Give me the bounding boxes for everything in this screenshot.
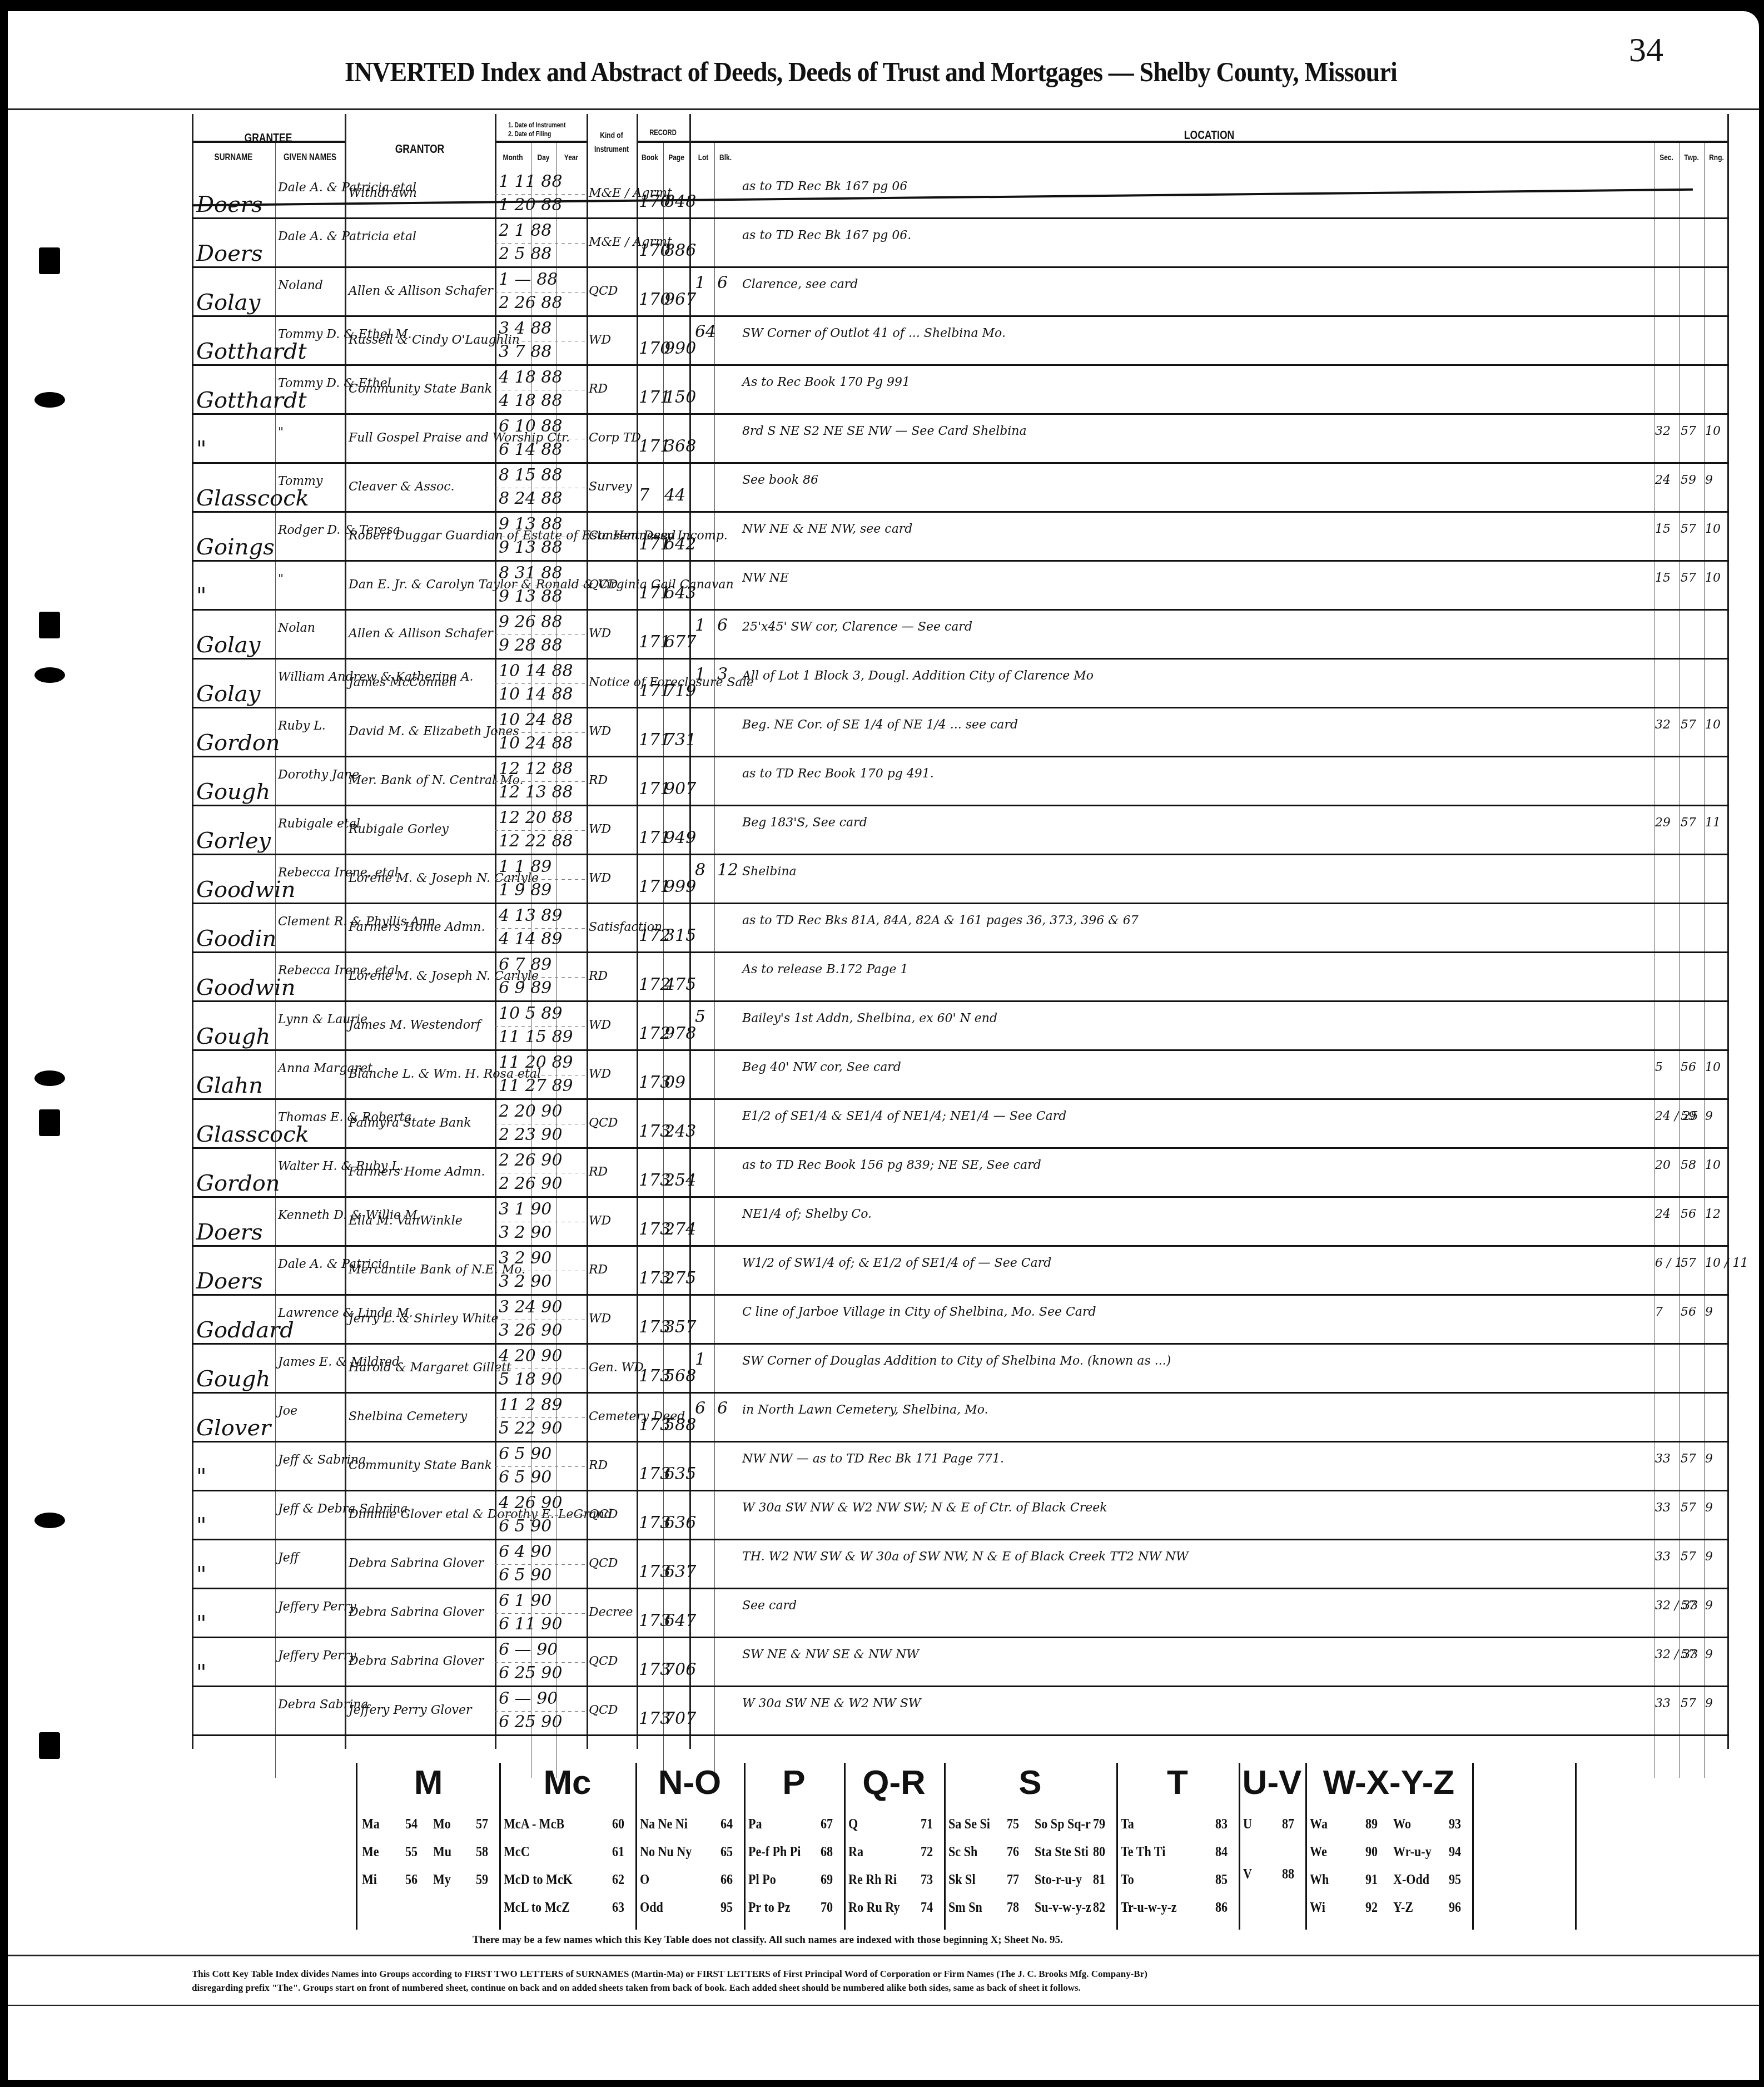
- date-of-instrument: 6 10 88: [499, 417, 563, 436]
- key-entry-label: Pe-f Ph Pi: [748, 1843, 801, 1860]
- key-entry-label: Ro Ru Ry: [848, 1899, 900, 1916]
- date-of-instrument: 3 4 88: [499, 319, 551, 338]
- location-description: as to TD Rec Bks 81A, 84A, 82A & 161 pag…: [742, 914, 1139, 928]
- date-of-instrument: 6 1 90: [499, 1591, 551, 1610]
- location-township: 57: [1681, 1599, 1696, 1613]
- key-entry-sheet-number: 93: [1449, 1816, 1461, 1832]
- location-range: 12: [1705, 1207, 1721, 1221]
- key-entry-label: Pl Po: [748, 1871, 776, 1888]
- table-row: GoddardLawrence & Linda M.Jerry L. & Shi…: [192, 1295, 1729, 1344]
- date-of-filing: 4 18 88: [499, 391, 563, 410]
- record-page: 568: [664, 1366, 696, 1386]
- header-sec: Sec.: [1657, 153, 1677, 162]
- date-of-filing: 12 22 88: [499, 831, 573, 851]
- grantee-given-names: Joe: [278, 1404, 297, 1418]
- location-range: 9: [1705, 1648, 1713, 1662]
- grantee-surname: Goodin: [196, 926, 276, 951]
- date-divider: [495, 341, 587, 341]
- location-description: as to TD Rec Bk 167 pg 06.: [742, 229, 911, 242]
- location-range: 10: [1705, 522, 1721, 536]
- header-instrument: Instrument: [592, 145, 632, 154]
- date-divider: [495, 1075, 587, 1075]
- location-description: as to TD Rec Book 170 pg 491.: [742, 767, 934, 781]
- date-of-filing: 2 5 88: [499, 244, 551, 264]
- date-of-instrument: 12 12 88: [499, 759, 573, 779]
- table-row: GoughDorothy JaneMer. Bank of N. Central…: [192, 757, 1729, 806]
- grantee-surname: Glahn: [196, 1073, 263, 1098]
- kind-of-instrument: QCD: [589, 1116, 618, 1130]
- header-day: Day: [534, 153, 554, 162]
- grantee-surname: ": [196, 583, 206, 609]
- location-block: 6: [717, 273, 728, 293]
- table-row: DoersDale A. & Patricia etalWithdrawn1 1…: [192, 170, 1729, 219]
- date-of-instrument: 6 — 90: [499, 1689, 558, 1708]
- key-group-letter: W-X-Y-Z: [1305, 1763, 1472, 1802]
- key-entry-sheet-number: 55: [405, 1843, 418, 1860]
- date-divider: [495, 1466, 587, 1467]
- record-page: 44: [664, 485, 685, 505]
- grantee-surname: ": [196, 1562, 206, 1588]
- date-of-filing: 11 15 89: [499, 1027, 573, 1047]
- key-entry-label: My: [433, 1871, 451, 1888]
- date-divider: [495, 683, 587, 684]
- date-of-filing: 5 22 90: [499, 1419, 563, 1438]
- date-divider: [495, 830, 587, 831]
- kind-of-instrument: RD: [589, 382, 608, 396]
- location-description: W1/2 of SW1/4 of; & E1/2 of SE1/4 of — S…: [742, 1256, 1051, 1270]
- key-entry-sheet-number: 60: [612, 1816, 624, 1832]
- record-page: 150: [664, 388, 696, 407]
- date-of-filing: 12 13 88: [499, 782, 573, 802]
- key-entry-label: No Nu Ny: [640, 1843, 692, 1860]
- key-group: N-ONa Ne Ni64No Nu Ny65O66Odd95: [635, 1763, 746, 1930]
- date-of-instrument: 2 1 88: [499, 221, 551, 240]
- footer-rule: [8, 2005, 1759, 2006]
- location-description: Clarence, see card: [742, 277, 858, 291]
- record-page: 243: [664, 1122, 696, 1141]
- key-entry-sheet-number: 96: [1449, 1899, 1461, 1916]
- location-range: 9: [1705, 1550, 1713, 1564]
- key-entry-label: Odd: [640, 1899, 663, 1916]
- record-page: 647: [664, 1611, 696, 1630]
- date-of-instrument: 6 7 89: [499, 955, 551, 974]
- grantee-given-names: Jeffery Perry: [278, 1649, 356, 1663]
- key-entry-sheet-number: 85: [1215, 1871, 1228, 1888]
- grantee-surname: Gotthardt: [196, 388, 307, 413]
- key-entry-label: Pr to Pz: [748, 1899, 791, 1916]
- key-entry-label: Sc Sh: [948, 1843, 977, 1860]
- date-of-instrument: 8 31 88: [499, 563, 563, 583]
- key-entry-sheet-number: 58: [476, 1843, 488, 1860]
- location-section: 20: [1655, 1158, 1671, 1172]
- key-group-letter: P: [744, 1763, 844, 1802]
- location-range: 10: [1705, 1158, 1721, 1172]
- date-divider: [495, 928, 587, 929]
- date-of-filing: 10 24 88: [499, 733, 573, 753]
- date-of-instrument: 6 — 90: [499, 1640, 558, 1659]
- record-page: 719: [664, 681, 696, 701]
- grantee-given-names: Jeffery Perry: [278, 1600, 356, 1614]
- key-entry-sheet-number: 77: [1007, 1871, 1019, 1888]
- record-page: 967: [664, 290, 696, 309]
- record-page: 677: [664, 632, 696, 652]
- date-divider: [495, 977, 587, 978]
- key-entry-label: McL to McZ: [504, 1899, 570, 1916]
- grantee-surname: Glasscock: [196, 485, 309, 511]
- location-description: All of Lot 1 Block 3, Dougl. Addition Ci…: [742, 669, 1094, 683]
- key-entry-label: Su-v-w-y-z: [1035, 1899, 1091, 1916]
- footer-line-2: disregarding prefix "The". Groups start …: [192, 1982, 1081, 1994]
- location-description: SW NE & NW SE & NW NW: [742, 1648, 919, 1662]
- kind-of-instrument: RD: [589, 774, 608, 787]
- date-of-filing: 6 25 90: [499, 1663, 563, 1683]
- header-year: Year: [559, 153, 584, 162]
- date-of-filing: 2 26 90: [499, 1174, 563, 1193]
- table-row: GordonWalter H. & Ruby L.Farmers Home Ad…: [192, 1148, 1729, 1197]
- grantee-surname: Glasscock: [196, 1122, 309, 1147]
- record-page: 886: [664, 241, 696, 260]
- key-entry-sheet-number: 63: [612, 1899, 624, 1916]
- kind-of-instrument: RD: [589, 1165, 608, 1179]
- kind-of-instrument: WD: [589, 1312, 611, 1326]
- table-row: GorleyRubigale etalRubigale Gorley12 20 …: [192, 806, 1729, 855]
- date-of-filing: 2 23 90: [499, 1125, 563, 1144]
- key-entry-label: Te Th Ti: [1121, 1843, 1165, 1860]
- record-page: 368: [664, 437, 696, 456]
- key-group: TTa83Te Th Ti84To85Tr-u-w-y-z86: [1116, 1763, 1240, 1930]
- kind-of-instrument: QCD: [589, 578, 618, 592]
- grantee-surname: ": [196, 1513, 206, 1539]
- date-of-instrument: 10 5 89: [499, 1004, 563, 1023]
- key-group: U-VU87V88: [1239, 1763, 1307, 1930]
- location-township: 57: [1681, 571, 1696, 585]
- kind-of-instrument: WD: [589, 725, 611, 738]
- table-row: "Jeffery PerryDebra Sabrina Glover6 1 90…: [192, 1589, 1729, 1638]
- grantee-given-names: Ruby L.: [278, 719, 326, 733]
- header-lot: Lot: [694, 153, 712, 162]
- key-entry-label: Sa Se Si: [948, 1816, 990, 1832]
- key-entry-label: O: [640, 1871, 649, 1888]
- location-description: E1/2 of SE1/4 & SE1/4 of NE1/4; NE1/4 — …: [742, 1109, 1066, 1123]
- location-range: 10: [1705, 718, 1721, 732]
- kind-of-instrument: WD: [589, 1018, 611, 1032]
- location-description: as to TD Rec Book 156 pg 839; NE SE, See…: [742, 1158, 1041, 1172]
- kind-of-instrument: WD: [589, 333, 611, 347]
- record-page: 254: [664, 1171, 696, 1190]
- key-entry-sheet-number: 66: [720, 1871, 733, 1888]
- location-description: 8rd S NE S2 NE SE NW — See Card Shelbina: [742, 424, 1027, 438]
- date-of-filing: 6 5 90: [499, 1516, 551, 1536]
- grantee-surname: Golay: [196, 681, 260, 707]
- date-of-filing: 10 14 88: [499, 685, 573, 704]
- date-divider: [495, 879, 587, 880]
- key-entry-sheet-number: 73: [921, 1871, 933, 1888]
- grantee-surname: Doers: [196, 241, 262, 266]
- key-entry-sheet-number: 72: [921, 1843, 933, 1860]
- location-description: Beg 40' NW cor, See card: [742, 1060, 901, 1074]
- location-description: NW NE: [742, 571, 789, 585]
- date-of-filing: 6 25 90: [499, 1712, 563, 1732]
- location-range: 9: [1705, 473, 1713, 487]
- grantor-name: Jeffery Perry Glover: [349, 1703, 472, 1717]
- table-row: GoodwinRebecca Irene, etalLorene M. & Jo…: [192, 953, 1729, 1002]
- location-range: 9: [1705, 1501, 1713, 1515]
- grantee-given-names: Nolan: [278, 621, 315, 635]
- key-entry-label: Wa: [1310, 1816, 1328, 1832]
- header-month: Month: [499, 153, 528, 162]
- grantor-name: Ella M. VanWinkle: [349, 1214, 463, 1228]
- date-of-filing: 11 27 89: [499, 1076, 573, 1095]
- date-divider: [495, 488, 587, 488]
- date-divider: [495, 537, 587, 537]
- kind-of-instrument: QCD: [589, 1508, 618, 1521]
- key-entry-sheet-number: 69: [821, 1871, 833, 1888]
- grantee-surname: Gordon: [196, 1171, 280, 1196]
- location-description: SW Corner of Douglas Addition to City of…: [742, 1354, 1171, 1368]
- date-divider: [495, 1124, 587, 1124]
- grantee-surname: Doers: [196, 1268, 262, 1294]
- location-section: 32: [1655, 718, 1671, 732]
- grantee-surname: Gotthardt: [196, 339, 307, 364]
- date-of-instrument: 8 15 88: [499, 465, 563, 485]
- date-of-instrument: 6 5 90: [499, 1444, 551, 1464]
- date-of-filing: 6 9 89: [499, 978, 551, 998]
- date-of-instrument: 1 — 88: [499, 270, 558, 289]
- header-kind: Kind of: [592, 131, 632, 140]
- key-entry-label: Wh: [1310, 1871, 1329, 1888]
- key-entry-label: McA - McB: [504, 1816, 564, 1832]
- date-divider: [495, 1369, 587, 1369]
- date-of-filing: 3 26 90: [499, 1321, 563, 1340]
- header-twp: Twp.: [1682, 153, 1702, 162]
- key-entry-sheet-number: 57: [476, 1816, 488, 1832]
- table-row: "Jeffery PerryDebra Sabrina Glover6 — 90…: [192, 1638, 1729, 1687]
- date-of-filing: 3 2 90: [499, 1272, 551, 1291]
- footer-rule: [8, 1955, 1759, 1956]
- key-entry-label: Sto-r-u-y: [1035, 1871, 1082, 1888]
- key-group-letter: T: [1116, 1763, 1239, 1802]
- record-page: 907: [664, 779, 696, 799]
- deed-index-table: GRANTEE SURNAME GIVEN NAMES GRANTOR 1. D…: [192, 114, 1729, 1749]
- location-block: 12: [717, 860, 738, 880]
- location-township: 56: [1681, 1305, 1696, 1319]
- record-book: 7: [639, 485, 649, 505]
- kind-of-instrument: QCD: [589, 284, 618, 298]
- location-description: As to Rec Book 170 Pg 991: [742, 375, 910, 389]
- date-of-instrument: 2 20 90: [499, 1102, 563, 1121]
- location-range: 9: [1705, 1109, 1713, 1123]
- kind-of-instrument: Gen. WD: [589, 1361, 644, 1375]
- location-section: 24: [1655, 1207, 1671, 1221]
- date-divider: [495, 1711, 587, 1712]
- date-of-filing: 6 5 90: [499, 1565, 551, 1585]
- location-township: 57: [1681, 1697, 1696, 1711]
- table-row: DoersDale A. & Patricia etal2 1 882 5 88…: [192, 219, 1729, 267]
- grantee-surname: Goddard: [196, 1317, 294, 1343]
- location-section: 33: [1655, 1452, 1671, 1466]
- table-row: "JeffDebra Sabrina Glover6 4 906 5 90QCD…: [192, 1540, 1729, 1589]
- location-section: 24: [1655, 473, 1671, 487]
- key-entry-sheet-number: 87: [1282, 1816, 1294, 1832]
- location-description: NW NE & NE NW, see card: [742, 522, 912, 536]
- table-row: DoersDale A. & PatriciaMercantile Bank o…: [192, 1246, 1729, 1295]
- key-entry-label: Ma: [362, 1816, 380, 1832]
- header-rng: Rng.: [1707, 153, 1727, 162]
- grantor-name: Rubigale Gorley: [349, 822, 449, 836]
- table-row: GlasscockThomas E. & RobertaPalmyra Stat…: [192, 1099, 1729, 1148]
- key-entry-sheet-number: 80: [1093, 1843, 1105, 1860]
- location-block: 6: [717, 616, 728, 635]
- grantee-given-names: Noland: [278, 279, 323, 293]
- header-given-names: GIVEN NAMES: [282, 152, 338, 163]
- key-entry-label: Na Ne Ni: [640, 1816, 688, 1832]
- date-divider: [495, 1564, 587, 1565]
- location-description: W 30a SW NW & W2 NW SW; N & E of Ctr. of…: [742, 1501, 1107, 1515]
- key-entry-sheet-number: 89: [1365, 1816, 1378, 1832]
- header-blk: Blk.: [717, 153, 734, 162]
- location-block: 3: [717, 665, 728, 684]
- key-entry-sheet-number: 68: [821, 1843, 833, 1860]
- kind-of-instrument: WD: [589, 627, 611, 641]
- location-description: C line of Jarboe Village in City of Shel…: [742, 1305, 1096, 1319]
- key-entry-sheet-number: 78: [1007, 1899, 1019, 1916]
- location-range: 11: [1705, 816, 1721, 830]
- key-entry-sheet-number: 84: [1215, 1843, 1228, 1860]
- grantor-name: Farmers Home Admn.: [349, 920, 485, 934]
- location-description: See card: [742, 1599, 797, 1613]
- location-range: 10: [1705, 1060, 1721, 1074]
- date-divider: [495, 1222, 587, 1222]
- location-township: 57: [1681, 1501, 1696, 1515]
- date-of-instrument: 11 2 89: [499, 1395, 563, 1415]
- location-lot: 1: [695, 665, 705, 684]
- key-entry-sheet-number: 59: [476, 1871, 488, 1888]
- table-row: GlasscockTommyCleaver & Assoc.8 15 888 2…: [192, 463, 1729, 512]
- key-group-letter: U-V: [1239, 1763, 1305, 1802]
- date-of-instrument: 4 18 88: [499, 368, 563, 387]
- key-entry-sheet-number: 88: [1282, 1866, 1294, 1882]
- key-entry-sheet-number: 65: [720, 1843, 733, 1860]
- kind-of-instrument: RD: [589, 1459, 608, 1473]
- grantee-given-names: Dorothy Jane: [278, 768, 359, 782]
- date-of-filing: 6 14 88: [499, 440, 563, 459]
- key-entry-sheet-number: 82: [1093, 1899, 1105, 1916]
- location-section: 15: [1655, 522, 1671, 536]
- key-group-letter: Q-R: [844, 1763, 944, 1802]
- location-section: 5: [1655, 1060, 1663, 1074]
- table-row: GlahnAnna MargaretBlanche L. & Wm. H. Ro…: [192, 1050, 1729, 1099]
- kind-of-instrument: QCD: [589, 1654, 618, 1668]
- table-row: GloverJoeShelbina Cemetery11 2 895 22 90…: [192, 1393, 1729, 1442]
- key-entry-sheet-number: 81: [1093, 1871, 1105, 1888]
- date-of-instrument: 1 11 88: [499, 172, 563, 191]
- key-entry-sheet-number: 71: [921, 1816, 933, 1832]
- key-table-note: There may be a few names which this Key …: [473, 1934, 1063, 1946]
- key-entry-sheet-number: 79: [1093, 1816, 1105, 1832]
- location-block: 6: [717, 1399, 728, 1418]
- table-row: Debra SabrinaJeffery Perry Glover6 — 906…: [192, 1687, 1729, 1736]
- key-entry-label: Me: [362, 1843, 379, 1860]
- key-entry-label: So Sp Sq-r: [1035, 1816, 1091, 1832]
- location-description: TH. W2 NW SW & W 30a of SW NW, N & E of …: [742, 1550, 1189, 1564]
- record-page: 275: [664, 1268, 696, 1288]
- kind-of-instrument: RD: [589, 969, 608, 983]
- grantee-given-names: Dale A. & Patricia etal: [278, 230, 416, 244]
- record-page: 315: [664, 926, 696, 945]
- grantor-name: James M. Westendorf: [349, 1018, 481, 1032]
- key-group: W-X-Y-ZWa89We90Wh91Wi92Wo93Wr-u-y94X-Odd…: [1305, 1763, 1474, 1930]
- key-group: MMa54Me55Mi56Mo57Mu58My59: [357, 1763, 501, 1930]
- location-description: Beg 183'S, See card: [742, 816, 867, 830]
- location-section: 15: [1655, 571, 1671, 585]
- key-entry-label: Mu: [433, 1843, 451, 1860]
- location-description: Bailey's 1st Addn, Shelbina, ex 60' N en…: [742, 1012, 997, 1025]
- key-entry-sheet-number: 83: [1215, 1816, 1228, 1832]
- location-section: 33: [1655, 1501, 1671, 1515]
- location-range: 10 / 11: [1705, 1256, 1748, 1270]
- grantee-surname: Gorley: [196, 828, 271, 854]
- record-page: 588: [664, 1415, 696, 1435]
- location-description: NE1/4 of; Shelby Co.: [742, 1207, 872, 1221]
- key-entry-sheet-number: 94: [1449, 1843, 1461, 1860]
- key-group: SSa Se Si75Sc Sh76Sk Sl77Sm Sn78So Sp Sq…: [944, 1763, 1118, 1930]
- record-page: 642: [664, 534, 696, 554]
- grantee-surname: Doers: [196, 1220, 262, 1245]
- key-entry-sheet-number: 62: [612, 1871, 624, 1888]
- date-of-filing: 3 2 90: [499, 1223, 551, 1242]
- date-of-filing: 4 14 89: [499, 929, 563, 949]
- location-description: As to release B.172 Page 1: [742, 963, 908, 976]
- record-page: 637: [664, 1562, 696, 1582]
- key-entry-label: X-Odd: [1393, 1871, 1429, 1888]
- grantor-name: Community State Bank: [349, 382, 492, 396]
- date-divider: [495, 390, 587, 390]
- location-township: 56: [1681, 1207, 1696, 1221]
- date-divider: [495, 1515, 587, 1516]
- location-range: 9: [1705, 1452, 1713, 1466]
- key-group-letter: Mc: [499, 1763, 635, 1802]
- key-entry-label: Ra: [848, 1843, 863, 1860]
- header-page: Page: [666, 153, 687, 162]
- kind-of-instrument: WD: [589, 822, 611, 836]
- location-lot: 6: [695, 1399, 705, 1418]
- date-of-filing: 8 24 88: [499, 489, 563, 508]
- key-table: MMa54Me55Mi56Mo57Mu58My59McMcA - McB60Mc…: [356, 1763, 1577, 1930]
- key-entry-label: Sm Sn: [948, 1899, 982, 1916]
- location-township: 57: [1681, 1256, 1696, 1270]
- key-entry-sheet-number: 86: [1215, 1899, 1228, 1916]
- location-description: W 30a SW NE & W2 NW SW: [742, 1697, 921, 1711]
- table-row: GordonRuby L.David M. & Elizabeth Jones1…: [192, 708, 1729, 757]
- grantee-surname: ": [196, 1611, 206, 1637]
- date-divider: [495, 1662, 587, 1663]
- key-entry-label: V: [1243, 1866, 1252, 1882]
- date-of-filing: 9 13 88: [499, 538, 563, 557]
- row-rule: [192, 1734, 1729, 1736]
- location-lot: 1: [695, 616, 705, 635]
- kind-of-instrument: WD: [589, 1214, 611, 1228]
- grantee-given-names: ": [278, 425, 284, 439]
- key-entry-sheet-number: 91: [1365, 1871, 1378, 1888]
- table-row: GolayNolanAllen & Allison Schafer9 26 88…: [192, 610, 1729, 659]
- key-entry-sheet-number: 75: [1007, 1816, 1019, 1832]
- date-of-instrument: 4 26 90: [499, 1493, 563, 1513]
- kind-of-instrument: QCD: [589, 1703, 618, 1717]
- grantee-surname: Gordon: [196, 730, 280, 756]
- table-row: ""Full Gospel Praise and Worship Ctr.6 1…: [192, 414, 1729, 463]
- record-page: 999: [664, 877, 696, 896]
- grantor-name: Farmers Home Admn.: [349, 1165, 485, 1179]
